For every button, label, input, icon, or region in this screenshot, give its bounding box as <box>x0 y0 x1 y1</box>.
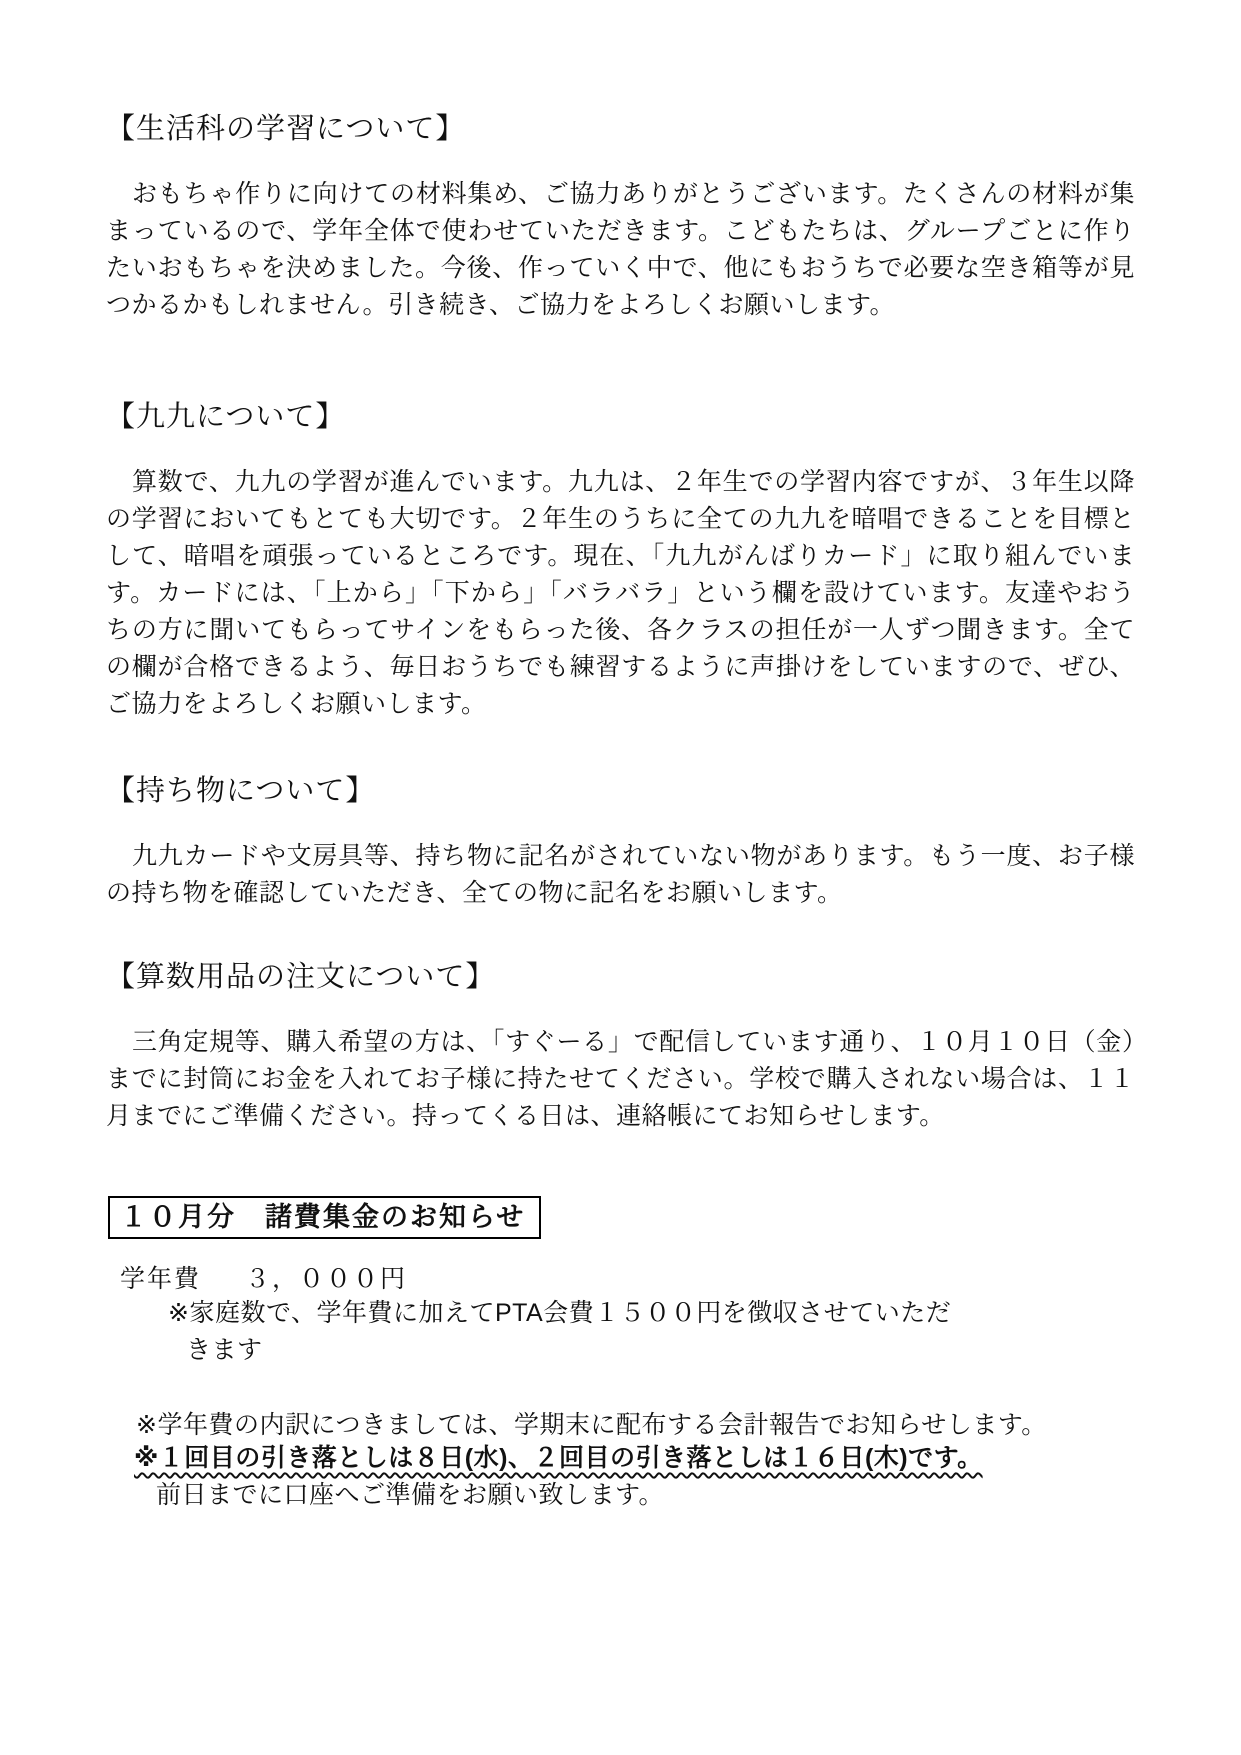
account-prepare-note: 前日までに口座へご準備をお願い致します。 <box>156 1479 1135 1512</box>
section-heading-math-supplies-order: 【算数用品の注文について】 <box>106 960 1135 994</box>
section-body-multiplication-tables: 算数で、九九の学習が進んでいます。九九は、２年生での学習内容ですが、３年生以降の… <box>106 464 1135 723</box>
fee-label: 学年費 <box>120 1263 201 1295</box>
section-body-life-studies: おもちゃ作りに向けての材料集め、ご協力ありがとうございます。たくさんの材料が集ま… <box>106 176 1135 324</box>
pta-fee-note-line2: きます <box>186 1332 1135 1369</box>
fee-row: 学年費 ３，０００円 <box>120 1263 1135 1295</box>
section-belongings: 【持ち物について】 九九カードや文房具等、持ち物に記名がされていない物があります… <box>106 774 1135 912</box>
section-life-studies: 【生活科の学習について】 おもちゃ作りに向けての材料集め、ご協力ありがとうござい… <box>106 112 1135 324</box>
section-body-math-supplies-order: 三角定規等、購入希望の方は、「すぐーる」で配信しています通り、１０月１０日（金）… <box>106 1024 1135 1135</box>
section-multiplication-tables: 【九九について】 算数で、九九の学習が進んでいます。九九は、２年生での学習内容で… <box>106 400 1135 723</box>
document-page: 【生活科の学習について】 おもちゃ作りに向けての材料集め、ご協力ありがとうござい… <box>0 0 1241 1755</box>
debit-dates-note: ※１回目の引き落としは８日(水)、２回目の引き落としは１６日(木)です。 <box>134 1442 1135 1475</box>
pta-fee-note: ※家庭数で、学年費に加えてPTA会費１５００円を徴収させていただ きます <box>106 1295 1135 1369</box>
section-heading-belongings: 【持ち物について】 <box>106 774 1135 808</box>
fee-notice-title: １０月分 諸費集金のお知らせ <box>120 1202 525 1232</box>
section-heading-multiplication-tables: 【九九について】 <box>106 400 1135 434</box>
section-math-supplies-order: 【算数用品の注文について】 三角定規等、購入希望の方は、「すぐーる」で配信してい… <box>106 960 1135 1135</box>
fee-breakdown-note: ※学年費の内訳につきましては、学期末に配布する会計報告でお知らせします。 <box>136 1409 1135 1442</box>
section-heading-life-studies: 【生活科の学習について】 <box>106 112 1135 146</box>
notice-footnotes: ※学年費の内訳につきましては、学期末に配布する会計報告でお知らせします。 ※１回… <box>106 1409 1135 1512</box>
fee-notice-title-box: １０月分 諸費集金のお知らせ <box>108 1196 541 1239</box>
fee-collection-notice: １０月分 諸費集金のお知らせ 学年費 ３，０００円 ※家庭数で、学年費に加えてP… <box>106 1196 1135 1512</box>
section-body-belongings: 九九カードや文房具等、持ち物に記名がされていない物があります。もう一度、お子様の… <box>106 838 1135 912</box>
pta-fee-note-line1: ※家庭数で、学年費に加えてPTA会費１５００円を徴収させていただ <box>168 1295 1135 1332</box>
fee-amount: ３，０００円 <box>245 1263 407 1295</box>
